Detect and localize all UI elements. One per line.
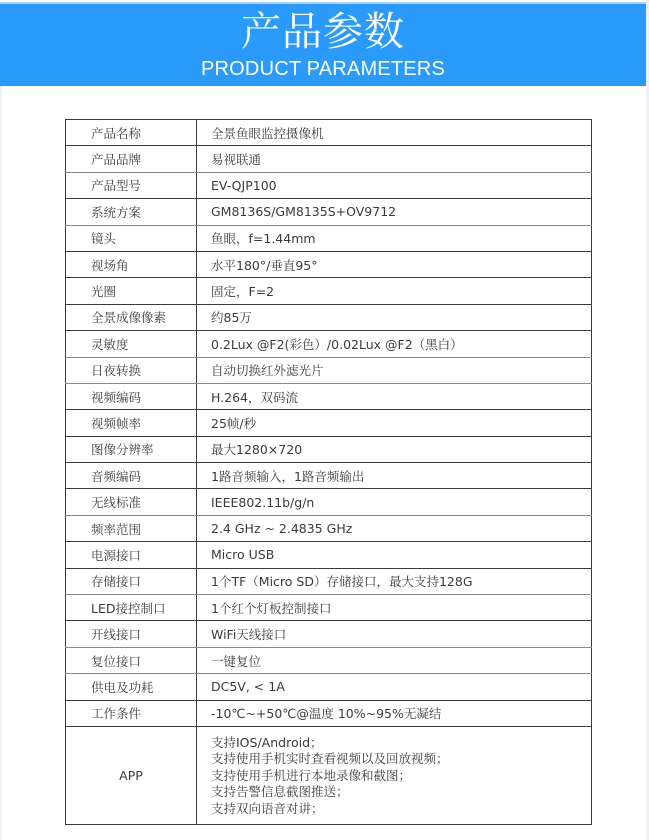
row-label-app: APP: [66, 726, 197, 824]
table-row: 工作条件 -10℃~+50℃@温度 10%~95%无凝结: [66, 700, 592, 726]
row-value: DC5V, < 1A: [197, 674, 592, 700]
table-row: 视频编码 H.264，双码流: [66, 383, 592, 409]
app-feature-line: 支持使用手机进行本地录像和截图；: [211, 768, 591, 785]
table-row: 产品型号 EV-QJP100: [66, 172, 592, 198]
row-label: 开线接口: [66, 621, 197, 647]
row-label: 产品名称: [66, 120, 197, 146]
app-feature-line: 支持IOS/Android；: [211, 735, 591, 752]
table-row: LED接控制口 1个红个灯板控制接口: [66, 595, 592, 621]
row-value: 水平180°/垂直95°: [197, 251, 592, 277]
row-value: 全景鱼眼监控摄像机: [197, 120, 592, 146]
row-value: 一键复位: [197, 647, 592, 673]
row-value: 鱼眼，f=1.44mm: [197, 225, 592, 251]
row-label: 灵敏度: [66, 331, 197, 357]
row-label: 全景成像像素: [66, 304, 197, 330]
row-value: 1个红个灯板控制接口: [197, 595, 592, 621]
row-value: 固定，F=2: [197, 278, 592, 304]
row-value: -10℃~+50℃@温度 10%~95%无凝结: [197, 700, 592, 726]
row-value-app: 支持IOS/Android； 支持使用手机实时查看视频以及回放视频； 支持使用手…: [197, 726, 592, 824]
banner-top-line: [0, 2, 646, 4]
table-row: 图像分辨率 最大1280×720: [66, 436, 592, 462]
app-feature-line: 支持使用手机实时查看视频以及回放视频；: [211, 751, 591, 768]
table-row: 产品名称 全景鱼眼监控摄像机: [66, 120, 592, 146]
row-value: 1路音频输入，1路音频输出: [197, 463, 592, 489]
table-row: 供电及功耗 DC5V, < 1A: [66, 674, 592, 700]
row-label: 无线标准: [66, 489, 197, 515]
row-label: 工作条件: [66, 700, 197, 726]
table-row: 音频编码 1路音频输入，1路音频输出: [66, 463, 592, 489]
table-row: 开线接口 WiFi天线接口: [66, 621, 592, 647]
row-label: 视频编码: [66, 383, 197, 409]
row-value: 最大1280×720: [197, 436, 592, 462]
row-value: Micro USB: [197, 542, 592, 568]
table-row: 复位接口 一键复位: [66, 647, 592, 673]
row-label: 视场角: [66, 251, 197, 277]
table-row: 镜头 鱼眼，f=1.44mm: [66, 225, 592, 251]
row-label: 光圈: [66, 278, 197, 304]
row-label: 复位接口: [66, 647, 197, 673]
table-row: 全景成像像素 约85万: [66, 304, 592, 330]
row-label: 供电及功耗: [66, 674, 197, 700]
row-label: 产品型号: [66, 172, 197, 198]
app-feature-line: 支持告警信息截图推送；: [211, 784, 591, 801]
page-left-edge: [0, 86, 2, 840]
table-row: 日夜转换 自动切换红外滤光片: [66, 357, 592, 383]
row-value: 2.4 GHz ~ 2.4835 GHz: [197, 515, 592, 541]
table-row: 频率范围 2.4 GHz ~ 2.4835 GHz: [66, 515, 592, 541]
row-value: 25帧/秒: [197, 410, 592, 436]
row-value: 1个TF（Micro SD）存储接口，最大支持128G: [197, 568, 592, 594]
row-value: 易视联通: [197, 146, 592, 172]
row-value: 约85万: [197, 304, 592, 330]
row-label: 电源接口: [66, 542, 197, 568]
app-feature-list: 支持IOS/Android； 支持使用手机实时查看视频以及回放视频； 支持使用手…: [211, 734, 591, 818]
row-label: 音频编码: [66, 463, 197, 489]
row-label: 图像分辨率: [66, 436, 197, 462]
table-row: 系统方案 GM8136S/GM8135S+OV9712: [66, 199, 592, 225]
table-row: 电源接口 Micro USB: [66, 542, 592, 568]
app-feature-line: 支持双向语音对讲；: [211, 801, 591, 818]
header-banner: 产品参数 PRODUCT PARAMETERS: [0, 2, 646, 86]
table-row-app: APP 支持IOS/Android； 支持使用手机实时查看视频以及回放视频； 支…: [66, 726, 592, 824]
row-value: H.264，双码流: [197, 383, 592, 409]
row-label: 存储接口: [66, 568, 197, 594]
product-parameters-page: 产品参数 PRODUCT PARAMETERS 产品名称 全景鱼眼监控摄像机 产…: [0, 0, 649, 840]
table-row: 存储接口 1个TF（Micro SD）存储接口，最大支持128G: [66, 568, 592, 594]
row-label: LED接控制口: [66, 595, 197, 621]
table-row: 视频帧率 25帧/秒: [66, 410, 592, 436]
row-label: 频率范围: [66, 515, 197, 541]
row-value: EV-QJP100: [197, 172, 592, 198]
row-label: 视频帧率: [66, 410, 197, 436]
parameters-table: 产品名称 全景鱼眼监控摄像机 产品品牌 易视联通 产品型号 EV-QJP100 …: [65, 119, 592, 825]
row-label: 系统方案: [66, 199, 197, 225]
banner-title: 产品参数: [0, 8, 646, 56]
table-row: 视场角 水平180°/垂直95°: [66, 251, 592, 277]
row-value: WiFi天线接口: [197, 621, 592, 647]
banner-subtitle: PRODUCT PARAMETERS: [0, 57, 646, 81]
row-value: GM8136S/GM8135S+OV9712: [197, 199, 592, 225]
table-row: 无线标准 IEEE802.11b/g/n: [66, 489, 592, 515]
row-value: 0.2Lux @F2(彩色）/0.02Lux @F2（黑白）: [197, 331, 592, 357]
table-row: 产品品牌 易视联通: [66, 146, 592, 172]
row-value: 自动切换红外滤光片: [197, 357, 592, 383]
row-label: 镜头: [66, 225, 197, 251]
row-value: IEEE802.11b/g/n: [197, 489, 592, 515]
table-row: 光圈 固定，F=2: [66, 278, 592, 304]
row-label: 产品品牌: [66, 146, 197, 172]
table-row: 灵敏度 0.2Lux @F2(彩色）/0.02Lux @F2（黑白）: [66, 331, 592, 357]
row-label: 日夜转换: [66, 357, 197, 383]
